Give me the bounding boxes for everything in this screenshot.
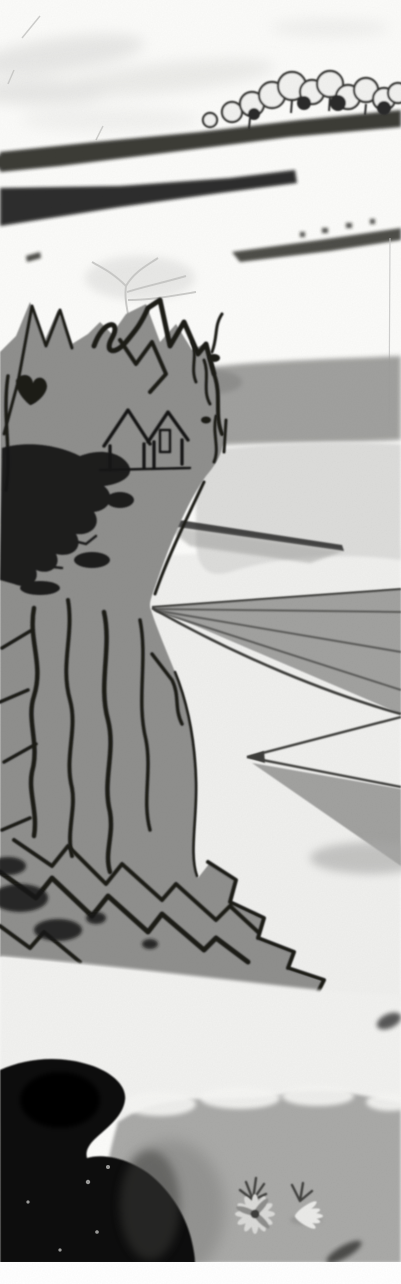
ink-landscape-canvas: [0, 0, 401, 1284]
paper-grain-overlay: [0, 0, 401, 1284]
ink-landscape-scan: [0, 0, 401, 1284]
